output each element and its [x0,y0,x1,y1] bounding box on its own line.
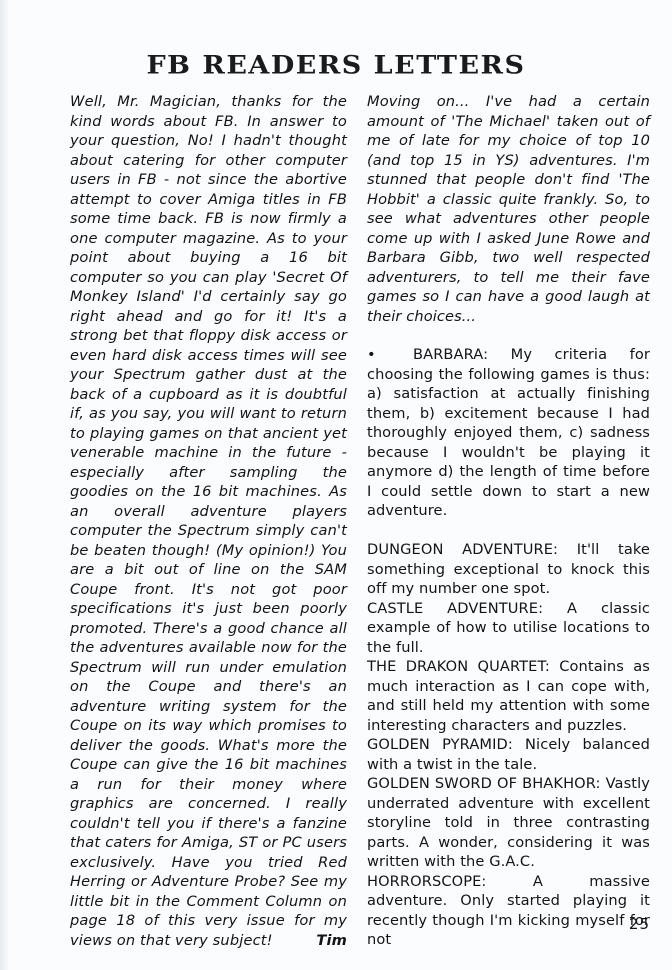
right-column: Moving on... I've had a certain amount o… [367,92,650,950]
bullet-icon: • [367,345,413,365]
intro-paragraph: Moving on... I've had a certain amount o… [367,92,650,326]
game-name: GOLDEN PYRAMID: [367,736,513,753]
editor-reply-text: Well, Mr. Magician, thanks for the kind … [70,93,347,949]
page-title: FB READERS LETTERS [0,51,672,80]
game-entry: GOLDEN PYRAMID: Nicely balanced with a t… [367,735,650,774]
barbara-text: BARBARA: My criteria for choosing the fo… [367,346,650,519]
game-entry: HORRORSCOPE: A massive adventure. Only s… [367,872,650,950]
page-edge [0,0,8,970]
game-entry: GOLDEN SWORD OF BHAKHOR: Vastly underrat… [367,774,650,872]
game-entry: CASTLE ADVENTURE: A classic example of h… [367,599,650,658]
barbara-paragraph: •BARBARA: My criteria for choosing the f… [367,345,650,521]
game-entry: DUNGEON ADVENTURE: It'll take something … [367,540,650,599]
game-name: DUNGEON ADVENTURE: [367,541,558,558]
game-name: CASTLE ADVENTURE: [367,600,543,617]
game-name: HORRORSCOPE: [367,873,486,890]
page-number: 25 [629,915,650,933]
game-name: GOLDEN SWORD OF BHAKHOR: [367,775,601,792]
left-column: Well, Mr. Magician, thanks for the kind … [70,92,347,950]
game-entry: THE DRAKON QUARTET: Contains as much int… [367,657,650,735]
editor-reply: Well, Mr. Magician, thanks for the kind … [70,92,347,950]
signoff: Tim [316,931,347,951]
game-name: THE DRAKON QUARTET: [367,658,550,675]
